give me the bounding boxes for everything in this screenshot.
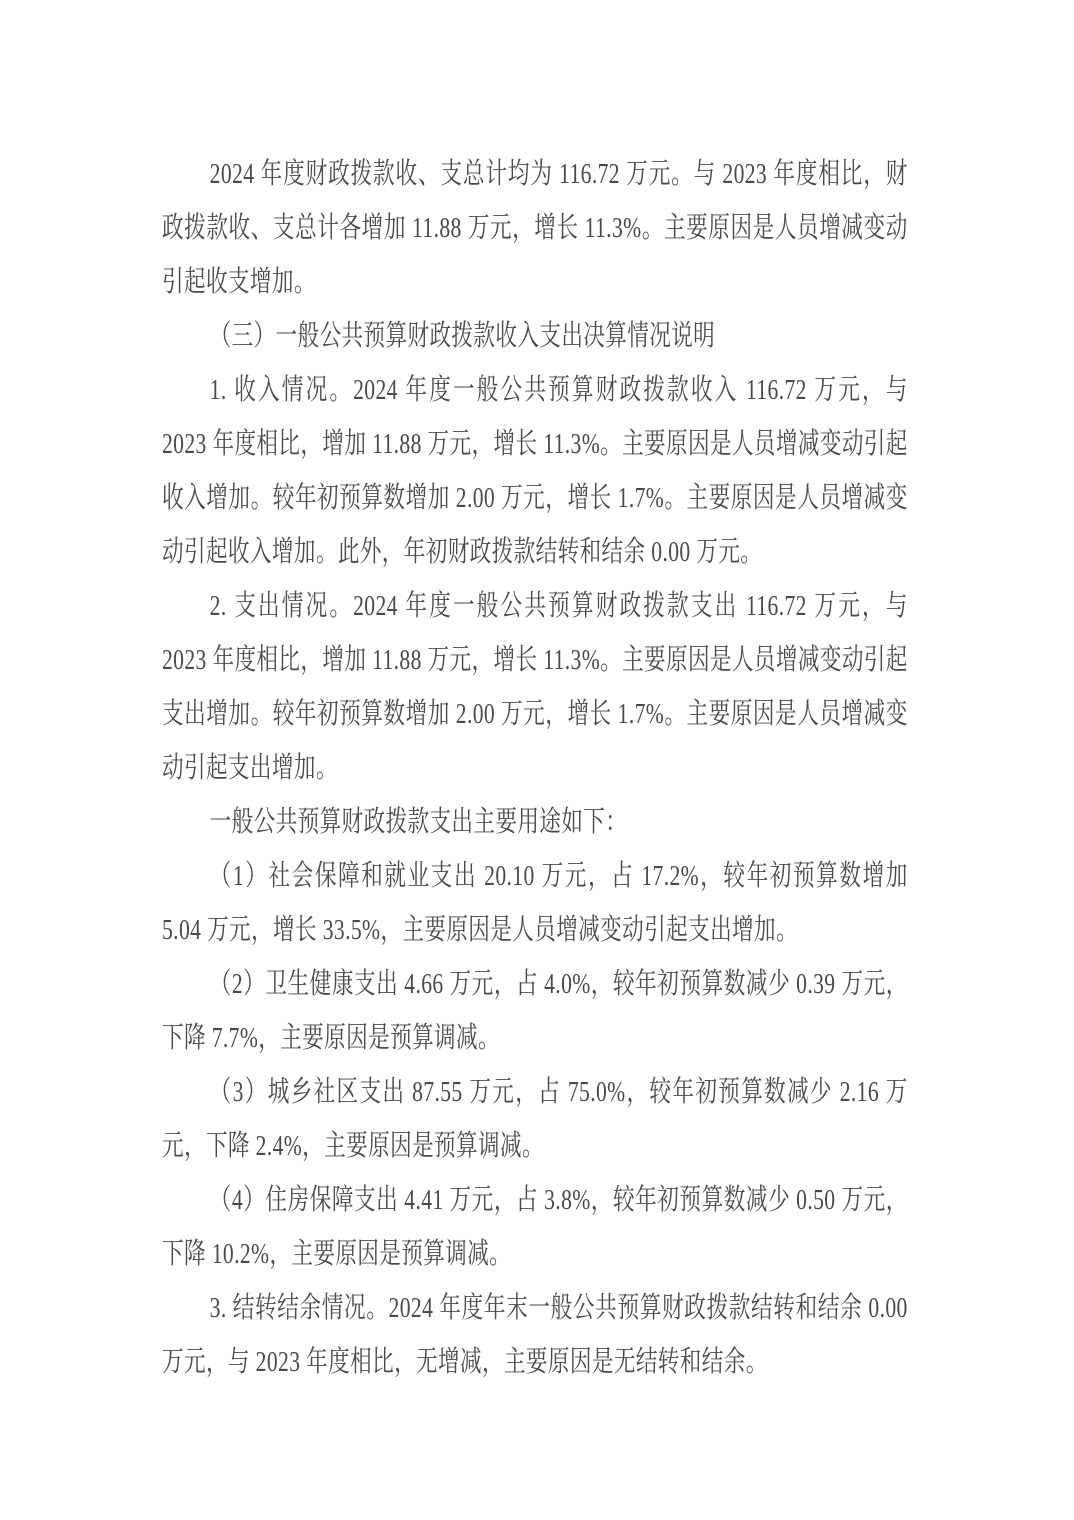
paragraph-item-4-housing-security: （4）住房保障支出 4.41 万元，占 3.8%，较年初预算数减少 0.50 万… (162, 1173, 908, 1281)
document-page: 2024 年度财政拨款收、支总计均为 116.72 万元。与 2023 年度相比… (0, 0, 1074, 1520)
paragraph-expenditure-usage-intro: 一般公共预算财政拨款支出主要用途如下： (162, 795, 908, 849)
heading-section-three: （三）一般公共预算财政拨款收入支出决算情况说明 (162, 309, 908, 363)
paragraph-expenditure-situation: 2. 支出情况。2024 年度一般公共预算财政拨款支出 116.72 万元，与 … (162, 579, 908, 795)
paragraph-item-3-urban-rural-community: （3）城乡社区支出 87.55 万元，占 75.0%，较年初预算数减少 2.16… (162, 1065, 908, 1173)
document-body: 2024 年度财政拨款收、支总计均为 116.72 万元。与 2023 年度相比… (162, 147, 908, 1389)
paragraph-carryover-balance: 3. 结转结余情况。2024 年度年末一般公共预算财政拨款结转和结余 0.00 … (162, 1281, 908, 1389)
paragraph-item-2-health: （2）卫生健康支出 4.66 万元，占 4.0%，较年初预算数减少 0.39 万… (162, 957, 908, 1065)
paragraph-fiscal-total-summary: 2024 年度财政拨款收、支总计均为 116.72 万元。与 2023 年度相比… (162, 147, 908, 309)
paragraph-income-situation: 1. 收入情况。2024 年度一般公共预算财政拨款收入 116.72 万元，与 … (162, 363, 908, 579)
paragraph-item-1-social-security: （1）社会保障和就业支出 20.10 万元，占 17.2%，较年初预算数增加 5… (162, 849, 908, 957)
